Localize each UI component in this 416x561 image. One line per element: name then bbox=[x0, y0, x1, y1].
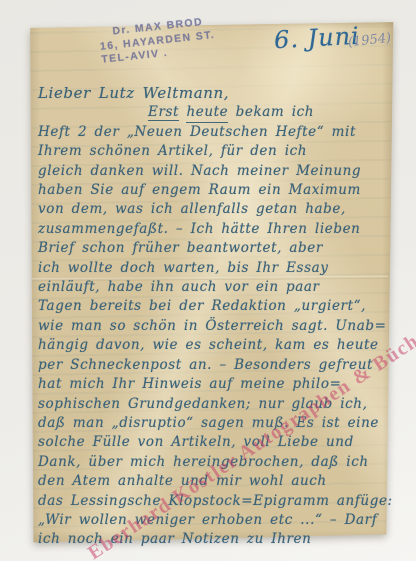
letter-line: hängig davon, wie es scheint, kam es heu… bbox=[38, 336, 390, 355]
letter-line: Brief schon früher beantwortet, aber bbox=[38, 239, 390, 258]
letter-line: per Schneckenpost an. – Besonders gefreu… bbox=[38, 356, 390, 375]
opening-line: Erst heute bekam ich bbox=[38, 103, 390, 122]
double-underlined-word: heute bbox=[186, 104, 228, 123]
salutation: Lieber Lutz Weltmann, bbox=[38, 84, 390, 103]
letter-line: gleich danken will. Nach meiner Meinung bbox=[38, 162, 390, 181]
letter-line: daß man „disruptio“ sagen muß. Es ist ei… bbox=[38, 414, 390, 433]
letter-photo: Dr. MAX BROD 16, HAYARDEN ST. TEL-AVIV .… bbox=[0, 0, 416, 561]
letter-line: von dem, was ich allenfalls getan habe, bbox=[38, 200, 390, 219]
letter-line: einläuft, habe ihn auch vor ein paar bbox=[38, 278, 390, 297]
letter-line: haben Sie auf engem Raum ein Maximum bbox=[38, 181, 390, 200]
letter-line: Ihrem schönen Artikel, für den ich bbox=[38, 142, 390, 161]
letter-line: wie man so schön in Österreich sagt. Una… bbox=[38, 317, 390, 336]
underlined-word: Erst bbox=[148, 104, 179, 121]
opening-rest: bekam ich bbox=[236, 104, 314, 120]
letter-line: „Wir wollen weniger erhoben etc ...“ – D… bbox=[38, 511, 390, 530]
letter-line: ich wollte doch warten, bis Ihr Essay bbox=[38, 259, 390, 278]
letter-line: Heft 2 der „Neuen Deutschen Hefte“ mit bbox=[38, 123, 390, 142]
letter-line: solche Fülle von Artikeln, voll Liebe un… bbox=[38, 433, 390, 452]
letter-line: das Lessingsche Klopstock=Epigramm anfüg… bbox=[38, 492, 390, 511]
letter-line: Tagen bereits bei der Redaktion „urgiert… bbox=[38, 297, 390, 316]
letter-line: zusammengefaßt. – Ich hätte Ihren lieben bbox=[38, 220, 390, 239]
